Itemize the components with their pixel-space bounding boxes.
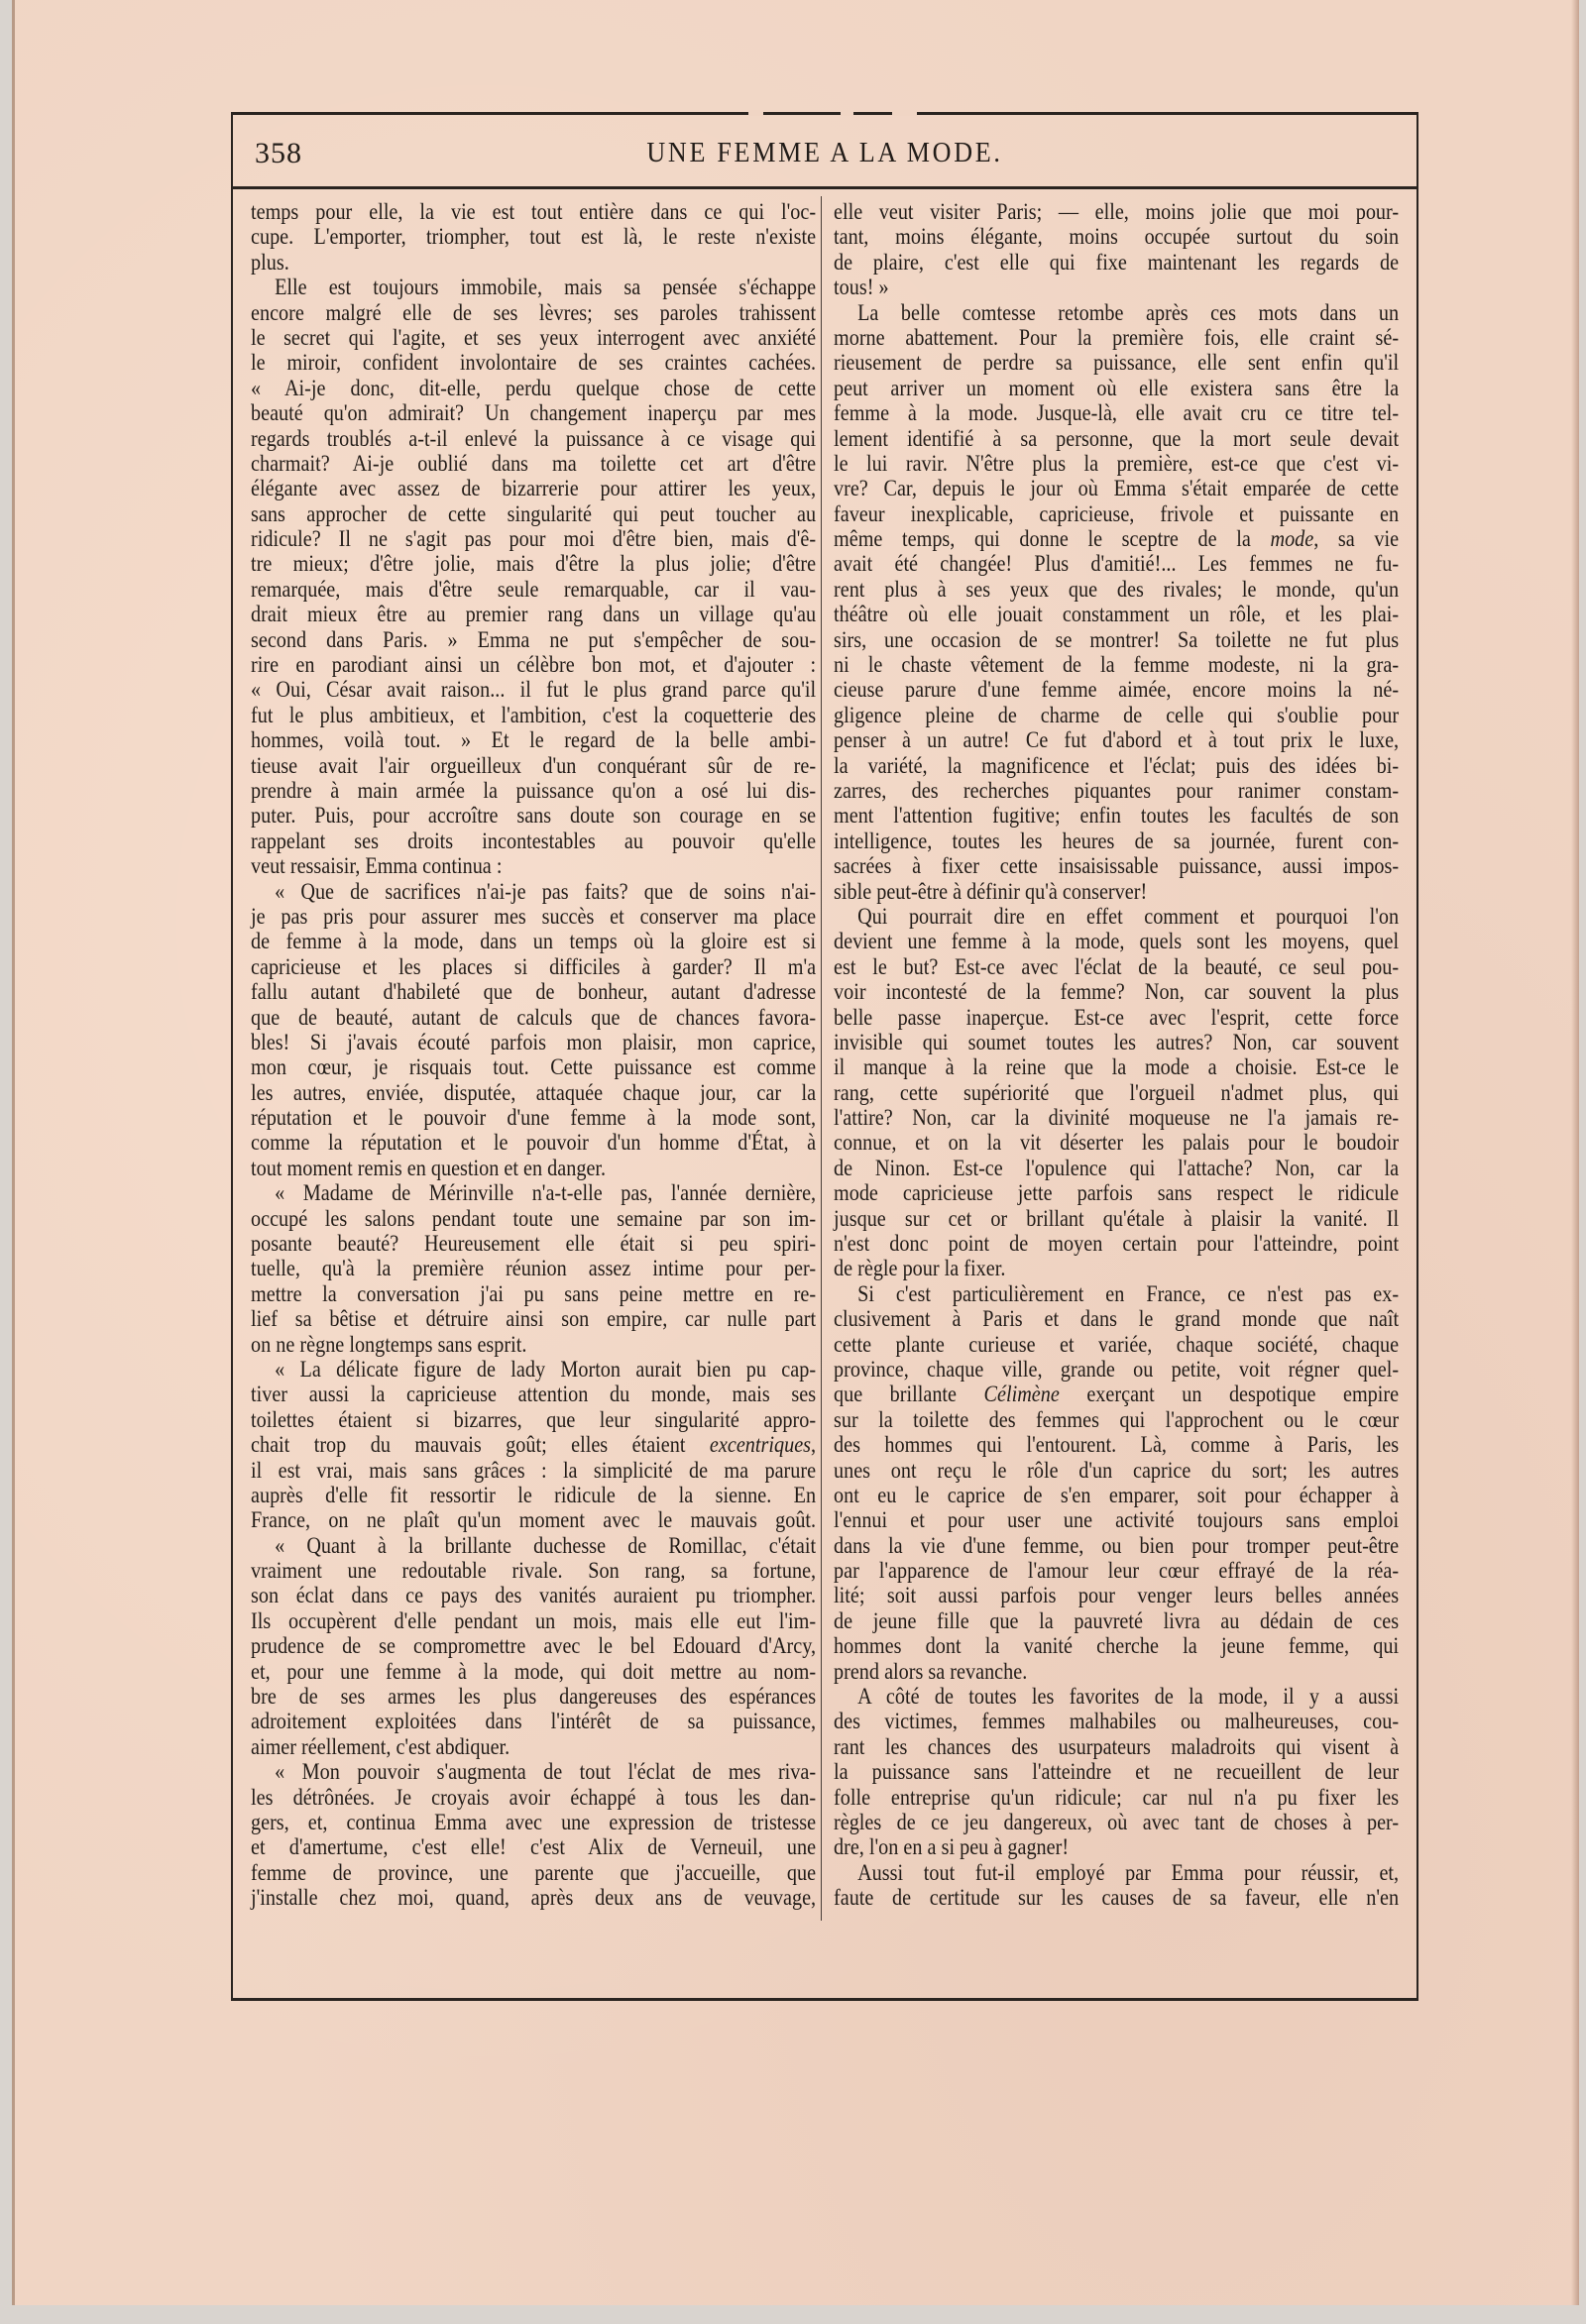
text-line: « Que de sacrifices n'ai-je pas faits? q… (251, 880, 816, 905)
text-line: rant les chances des usurpateurs maladro… (834, 1735, 1399, 1760)
text-line: sible peut-être à définir qu'à conserver… (834, 880, 1399, 905)
text-line: faute de certitude sur les causes de sa … (834, 1886, 1399, 1911)
text-line: la variété, la magnificence et l'éclat; … (834, 754, 1399, 779)
text-line: adroitement exploitées dans l'intérêt de… (251, 1710, 816, 1734)
text-line: que de beauté, autant de calculs que de … (251, 1006, 816, 1031)
text-line: France, on ne plaît qu'un moment avec le… (251, 1508, 816, 1533)
text-line: encore malgré elle de ses lèvres; ses pa… (251, 301, 816, 326)
text-line: unes ont reçu le rôle d'un caprice du so… (834, 1459, 1399, 1484)
text-line: vraiment une redoutable rivale. Son rang… (251, 1559, 816, 1584)
text-line: Qui pourrait dire en effet comment et po… (834, 905, 1399, 930)
text-line: belle passe inaperçue. Est-ce avec l'esp… (834, 1006, 1399, 1031)
text-line: est le but? Est-ce avec l'éclat de la be… (834, 955, 1399, 980)
text-line: sacrées à fixer cette insaisissable puis… (834, 854, 1399, 879)
text-line: le lui ravir. N'être plus la première, e… (834, 452, 1399, 477)
text-line: rappelant ses droits incontestables au p… (251, 830, 816, 854)
text-line: que brillante Célimène exerçant un despo… (834, 1383, 1399, 1407)
text-line: jusque sur cet or brillant qu'étale à pl… (834, 1207, 1399, 1232)
text-line: province, chaque ville, grande ou petite… (834, 1358, 1399, 1383)
text-line: zarres, des recherches piquantes pour ra… (834, 779, 1399, 804)
text-line: capricieuse et les places si difficiles … (251, 955, 816, 980)
left-column: temps pour elle, la vie est tout entière… (251, 200, 816, 1912)
text-line: mettre la conversation j'ai pu sans pein… (251, 1282, 816, 1307)
text-line: folle entreprise qu'un ridicule; car nul… (834, 1786, 1399, 1811)
text-line: temps pour elle, la vie est tout entière… (251, 200, 816, 225)
text-line: invisible qui soumet toutes les autres? … (834, 1031, 1399, 1055)
text-line: lement identifié à sa personne, que la m… (834, 427, 1399, 452)
text-line: elle veut visiter Paris; — elle, moins j… (834, 200, 1399, 225)
text-line: prendre à main armée la puissance qu'on … (251, 779, 816, 804)
text-line: aimer réellement, c'est abdiquer. (251, 1735, 816, 1760)
text-line: lité; soit aussi parfois pour venger leu… (834, 1584, 1399, 1608)
text-line: rieusement de perdre sa puissance, elle … (834, 351, 1399, 376)
text-line: tant, moins élégante, moins occupée surt… (834, 225, 1399, 250)
text-line: voir incontesté de la femme? Non, car so… (834, 980, 1399, 1005)
text-line: veut ressaisir, Emma continua : (251, 854, 816, 879)
text-line: intelligence, toutes les heures de sa jo… (834, 830, 1399, 854)
running-title: UNE FEMME A LA MODE. (292, 137, 1358, 169)
text-line: comme la réputation et le pouvoir d'un h… (251, 1131, 816, 1156)
text-line: les détrônées. Je croyais avoir échappé … (251, 1786, 816, 1811)
text-line: gligence pleine de charme de celle qui s… (834, 704, 1399, 728)
text-line: tout moment remis en question et en dang… (251, 1157, 816, 1181)
text-line: « Mon pouvoir s'augmenta de tout l'éclat… (251, 1760, 816, 1785)
text-line: penser à un autre! Ce fut d'abord et à t… (834, 728, 1399, 753)
column-divider (821, 196, 822, 1921)
text-line: Si c'est particulièrement en France, ce … (834, 1282, 1399, 1307)
text-line: tous! » (834, 276, 1399, 300)
text-line: gers, et, continua Emma avec une express… (251, 1811, 816, 1835)
text-line: Aussi tout fut-il employé par Emma pour … (834, 1861, 1399, 1886)
text-line: tuelle, qu'à la première réunion assez i… (251, 1257, 816, 1281)
text-line: et, pour une femme à la mode, qui doit m… (251, 1660, 816, 1685)
text-line: hommes dont la vanité cherche la jeune f… (834, 1634, 1399, 1659)
text-line: des hommes qui l'entourent. Là, comme à … (834, 1433, 1399, 1458)
text-line: puter. Puis, pour accroître sans doute s… (251, 804, 816, 829)
text-line: faveur inexplicable, capricieuse, frivol… (834, 502, 1399, 527)
text-line: drait mieux être au premier rang dans un… (251, 603, 816, 627)
text-line: second dans Paris. » Emma ne put s'empêc… (251, 628, 816, 653)
text-line: élégante avec assez de bizarrerie pour a… (251, 477, 816, 501)
text-line: tre mieux; d'être jolie, mais d'être la … (251, 552, 816, 577)
text-line: clusivement à Paris et dans le grand mon… (834, 1307, 1399, 1332)
text-frame: 358 UNE FEMME A LA MODE. temps pour elle… (231, 112, 1418, 2001)
text-line: ont eu le caprice de s'en emparer, soit … (834, 1484, 1399, 1508)
text-line: beauté qu'on admirait? Un changement ina… (251, 401, 816, 426)
text-line: femme à la mode. Jusque-là, elle avait c… (834, 401, 1399, 426)
text-line: mode capricieuse jette parfois sans resp… (834, 1181, 1399, 1206)
text-line: rang, cette supériorité que l'orgueil n'… (834, 1081, 1399, 1106)
text-line: la puissance sans l'atteindre et ne recu… (834, 1760, 1399, 1785)
text-line: on ne règne longtemps sans esprit. (251, 1333, 816, 1358)
text-line: ridicule? Il ne s'agit pas pour moi d'êt… (251, 527, 816, 552)
text-line: mon cœur, je risquais tout. Cette puissa… (251, 1055, 816, 1080)
text-line: les autres, enviée, disputée, attaquée c… (251, 1081, 816, 1106)
text-line: prudence de se compromettre avec le bel … (251, 1634, 816, 1659)
text-line: Ils occupèrent d'elle pendant un mois, m… (251, 1609, 816, 1634)
text-line: j'installe chez moi, quand, après deux a… (251, 1886, 816, 1911)
text-line: il est vrai, mais sans grâces : la simpl… (251, 1459, 816, 1484)
text-line: posante beauté? Heureusement elle était … (251, 1232, 816, 1257)
text-line: « Ai-je donc, dit-elle, perdu quelque ch… (251, 377, 816, 401)
text-line: auprès d'elle fit ressortir le ridicule … (251, 1484, 816, 1508)
text-line: avait été changée! Plus d'amitié!... Les… (834, 552, 1399, 577)
text-line: rent plus à ses yeux que des rivales; le… (834, 578, 1399, 603)
text-line: de femme à la mode, dans un temps où la … (251, 930, 816, 954)
italic-term: Célimène (984, 1382, 1060, 1407)
text-line: de règle pour la fixer. (834, 1257, 1399, 1281)
text-line: et d'amertume, c'est elle! c'est Alix de… (251, 1835, 816, 1860)
text-line: rire en parodiant ainsi un célèbre bon m… (251, 653, 816, 678)
text-line: je pas pris pour assurer mes succès et c… (251, 905, 816, 930)
text-line: ment l'attention fugitive; enfin toutes … (834, 804, 1399, 829)
text-line: n'est donc point de moyen certain pour l… (834, 1232, 1399, 1257)
text-line: Elle est toujours immobile, mais sa pens… (251, 276, 816, 300)
text-line: fut le plus ambitieux, et l'ambition, c'… (251, 704, 816, 728)
text-line: lief sa bêtise et détruire ainsi son emp… (251, 1307, 816, 1332)
text-line: dre, l'on en a si peu à gagner! (834, 1835, 1399, 1860)
text-line: connue, et on la vit déserter les palais… (834, 1131, 1399, 1156)
text-line: sirs, une occasion de se montrer! Sa toi… (834, 628, 1399, 653)
text-line: occupé les salons pendant toute une sema… (251, 1207, 816, 1232)
text-line: toilettes étaient si bizarres, que leur … (251, 1408, 816, 1433)
text-line: l'ennui et pour user une activité toujou… (834, 1508, 1399, 1533)
text-line: « La délicate figure de lady Morton aura… (251, 1358, 816, 1383)
text-line: le miroir, confident involontaire de ses… (251, 351, 816, 376)
text-line: remarquée, mais d'être seule remarquable… (251, 578, 816, 603)
text-line: devient une femme à la mode, quels sont … (834, 930, 1399, 954)
text-line: morne abattement. Pour la première fois,… (834, 326, 1399, 351)
text-line: tiver aussi la capricieuse attention du … (251, 1383, 816, 1407)
text-line: femme de province, une parente que j'acc… (251, 1861, 816, 1886)
text-line: plus. (251, 251, 816, 276)
text-line: ni le chaste vêtement de la femme modest… (834, 653, 1399, 678)
text-line: le secret qui l'agite, et ses yeux inter… (251, 326, 816, 351)
scanned-page: 358 UNE FEMME A LA MODE. temps pour elle… (12, 0, 1579, 2305)
text-line: « Oui, César avait raison... il fut le p… (251, 678, 816, 703)
text-line: fallu autant d'habileté que de bonheur, … (251, 980, 816, 1005)
running-header: 358 UNE FEMME A LA MODE. (233, 115, 1416, 189)
text-line: règles de ce jeu dangereux, où avec tant… (834, 1811, 1399, 1835)
text-line: « Madame de Mérinville n'a-t-elle pas, l… (251, 1181, 816, 1206)
text-line: son éclat dans ce pays des vanités aurai… (251, 1584, 816, 1608)
text-line: bles! Si j'avais écouté parfois mon plai… (251, 1031, 816, 1055)
text-line: peut arriver un moment où elle existera … (834, 377, 1399, 401)
text-line: vre? Car, depuis le jour où Emma s'était… (834, 477, 1399, 501)
text-line: par l'apparence de l'amour leur cœur eff… (834, 1559, 1399, 1584)
text-line: sans approcher de cette singularité qui … (251, 502, 816, 527)
text-line: cupe. L'emporter, triompher, tout est là… (251, 225, 816, 250)
text-line: cieuse parure d'une femme aimée, encore … (834, 678, 1399, 703)
text-line: bre de ses armes les plus dangereuses de… (251, 1685, 816, 1710)
text-line: tieuse avait l'air orgueilleux d'un conq… (251, 754, 816, 779)
text-line: réputation et le pouvoir d'une femme à l… (251, 1106, 816, 1131)
text-line: regards troublés a-t-il enlevé la puissa… (251, 427, 816, 452)
italic-term: mode (1270, 526, 1313, 552)
text-line: La belle comtesse retombe après ces mots… (834, 301, 1399, 326)
text-line: prend alors sa revanche. (834, 1660, 1399, 1685)
text-line: cette plante curieuse et variée, chaque … (834, 1333, 1399, 1358)
text-line: de plaire, c'est elle qui fixe maintenan… (834, 251, 1399, 276)
text-line: théâtre où elle jouait constamment un rô… (834, 603, 1399, 627)
text-line: « Quant à la brillante duchesse de Romil… (251, 1534, 816, 1559)
right-column: elle veut visiter Paris; — elle, moins j… (834, 200, 1399, 1912)
text-line: dans la vie d'une femme, ou bien pour tr… (834, 1534, 1399, 1559)
text-line: même temps, qui donne le sceptre de la m… (834, 527, 1399, 552)
text-line: charmait? Ai-je oublié dans ma toilette … (251, 452, 816, 477)
text-line: de jeune fille que la pauvreté livra au … (834, 1609, 1399, 1634)
text-line: chait trop du mauvais goût; elles étaien… (251, 1433, 816, 1458)
text-line: hommes, voilà tout. » Et le regard de la… (251, 728, 816, 753)
text-line: A côté de toutes les favorites de la mod… (834, 1685, 1399, 1710)
text-line: de Ninon. Est-ce l'opulence qui l'attach… (834, 1157, 1399, 1181)
text-line: des victimes, femmes malhabiles ou malhe… (834, 1710, 1399, 1734)
text-line: l'attire? Non, car la divinité moqueuse … (834, 1106, 1399, 1131)
text-line: sur la toilette des femmes qui l'approch… (834, 1408, 1399, 1433)
text-line: il manque à la reine que la mode a chois… (834, 1055, 1399, 1080)
italic-term: excentriques (710, 1432, 811, 1458)
